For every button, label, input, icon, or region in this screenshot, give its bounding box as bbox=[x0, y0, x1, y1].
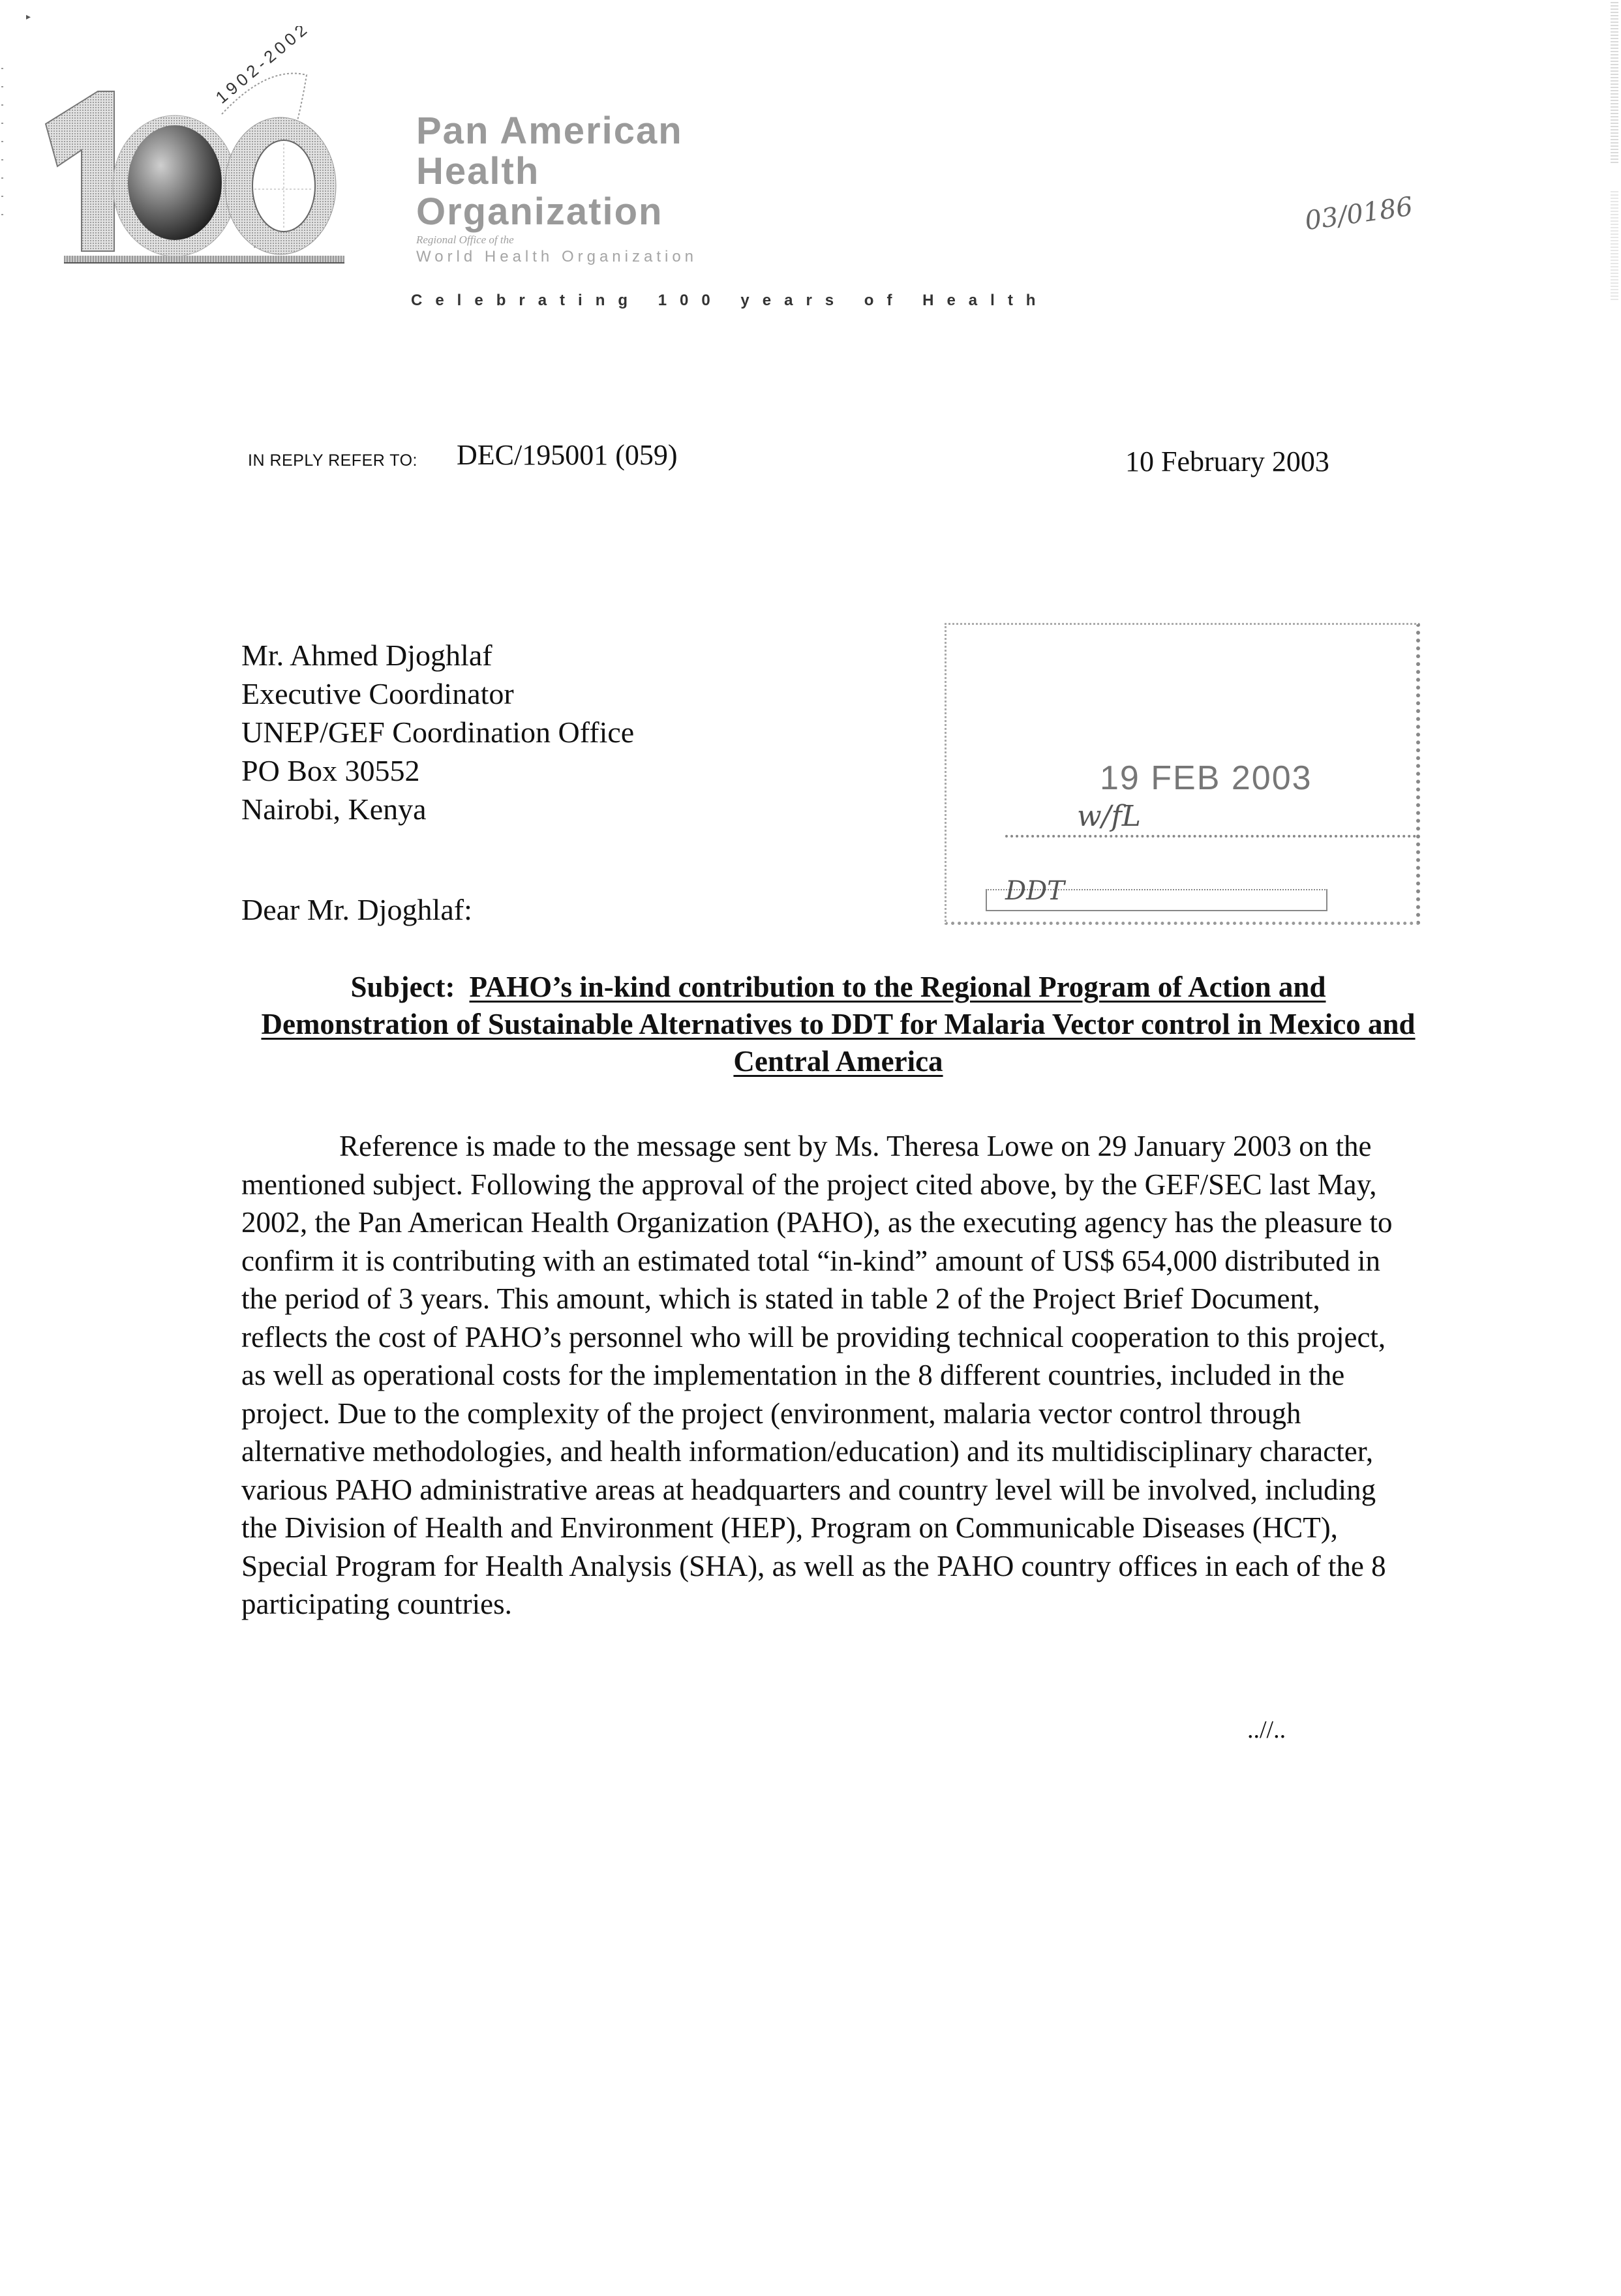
address-line: Mr. Ahmed Djoghlaf bbox=[241, 636, 634, 674]
letter-body: Reference is made to the message sent by… bbox=[241, 1127, 1412, 1624]
org-name-line: Organization bbox=[416, 192, 683, 232]
stamp-dotted-line bbox=[1005, 835, 1416, 838]
org-name-line: Pan American bbox=[416, 111, 683, 151]
recipient-address: Mr. Ahmed Djoghlaf Executive Coordinator… bbox=[241, 636, 634, 828]
stamp-received-date: 19 FEB 2003 bbox=[1100, 759, 1312, 798]
scan-left-ticks bbox=[1, 59, 3, 215]
subject-line: Subject:PAHO’s in-kind contribution to t… bbox=[254, 969, 1422, 1080]
scan-mark: ▸ bbox=[26, 12, 31, 23]
scan-edge-noise bbox=[1611, 0, 1618, 163]
who-line: World Health Organization bbox=[416, 248, 697, 266]
address-line: Nairobi, Kenya bbox=[241, 790, 634, 828]
address-line: Executive Coordinator bbox=[241, 674, 634, 713]
centennial-emblem-icon: 1902-2002 bbox=[20, 26, 359, 274]
handwritten-reference-number: 03/0186 bbox=[1303, 192, 1415, 237]
salutation: Dear Mr. Djoghlaf: bbox=[241, 892, 472, 927]
continuation-mark: ..//.. bbox=[1247, 1715, 1286, 1744]
body-paragraph: Reference is made to the message sent by… bbox=[241, 1127, 1412, 1624]
address-line: UNEP/GEF Coordination Office bbox=[241, 713, 634, 751]
organization-name: Pan American Health Organization bbox=[416, 111, 683, 232]
svg-text:1902-2002: 1902-2002 bbox=[212, 26, 314, 108]
letter-date: 10 February 2003 bbox=[1125, 445, 1329, 478]
reply-reference-value: DEC/195001 (059) bbox=[457, 438, 678, 472]
address-line: PO Box 30552 bbox=[241, 751, 634, 790]
received-stamp: 19 FEB 2003 w/fL DDT bbox=[945, 623, 1420, 925]
paho-centennial-logo: 1902-2002 bbox=[20, 26, 359, 274]
centennial-tagline: Celebrating 100 years of Health bbox=[411, 292, 1048, 310]
stamp-initials: w/fL bbox=[1077, 800, 1141, 833]
subject-label: Subject: bbox=[351, 971, 455, 1003]
reply-reference-label: IN REPLY REFER TO: bbox=[248, 451, 417, 470]
stamp-routing-code: DDT bbox=[1005, 876, 1065, 906]
org-name-line: Health bbox=[416, 151, 683, 192]
regional-office-line: Regional Office of the bbox=[416, 234, 514, 247]
scan-edge-noise bbox=[1611, 189, 1618, 300]
logo-underline bbox=[64, 256, 344, 264]
